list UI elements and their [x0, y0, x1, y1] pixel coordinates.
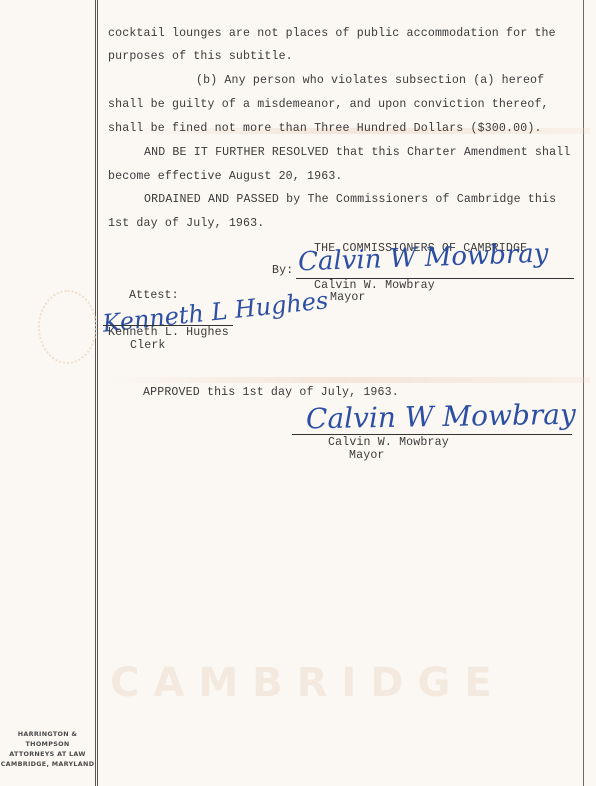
- clerk-name: Kenneth L. Hughes: [108, 326, 229, 339]
- body-line: AND BE IT FURTHER RESOLVED that this Cha…: [144, 146, 570, 159]
- firm-location: CAMBRIDGE, MARYLAND: [0, 759, 95, 769]
- attest-label: Attest:: [129, 289, 179, 302]
- body-line: purposes of this subtitle.: [108, 50, 293, 63]
- law-firm-imprint: HARRINGTON & THOMPSON ATTORNEYS AT LAW C…: [0, 729, 95, 769]
- document-page: CAMBRIDGE cocktail lounges are not place…: [0, 0, 596, 786]
- left-margin-rule: [95, 0, 98, 786]
- approval-name: Calvin W. Mowbray: [328, 436, 449, 449]
- body-line: ORDAINED AND PASSED by The Commissioners…: [144, 193, 556, 206]
- body-line: cocktail lounges are not places of publi…: [108, 27, 556, 40]
- body-line: (b) Any person who violates subsection (…: [196, 74, 544, 87]
- approval-title: Mayor: [349, 449, 385, 462]
- by-label: By:: [272, 264, 293, 277]
- embossed-seal: [38, 290, 97, 364]
- mayor-title: Mayor: [330, 291, 366, 304]
- body-line: shall be guilty of a misdemeanor, and up…: [108, 98, 549, 111]
- body-line: 1st day of July, 1963.: [108, 217, 264, 230]
- right-margin-rule: [583, 0, 584, 786]
- body-line: become effective August 20, 1963.: [108, 170, 343, 183]
- paper-stain: [100, 377, 590, 383]
- firm-descriptor: ATTORNEYS AT LAW: [0, 749, 95, 759]
- approval-signature: Calvin W Mowbray: [306, 398, 576, 436]
- faint-watermark: CAMBRIDGE: [110, 660, 570, 720]
- clerk-title: Clerk: [130, 339, 166, 352]
- body-line: shall be fined not more than Three Hundr…: [108, 122, 542, 135]
- firm-name: HARRINGTON & THOMPSON: [0, 729, 95, 749]
- approval-text: APPROVED this 1st day of July, 1963.: [143, 386, 399, 399]
- signature-line: [292, 434, 572, 435]
